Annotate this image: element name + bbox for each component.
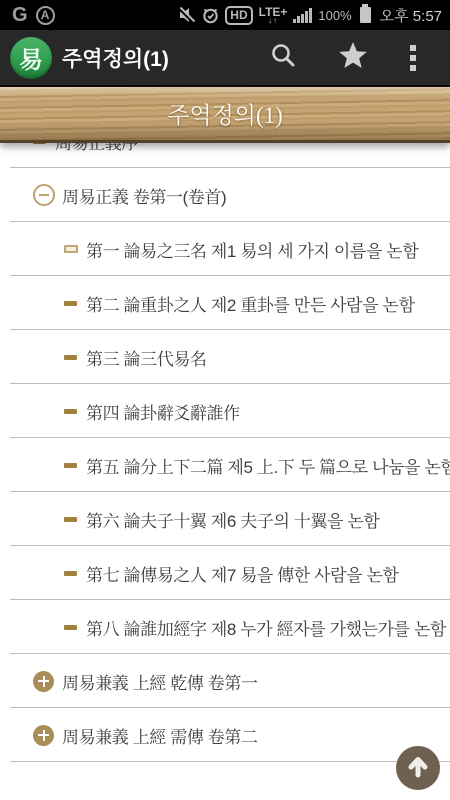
scroll-top-button[interactable] (396, 746, 440, 790)
toc-item-label: 周易兼義 上經 乾傳 卷第一 (62, 669, 258, 694)
lte-plus-icon: LTE+ ↓↑ (259, 6, 288, 25)
toc-item[interactable]: 第一 論易之三名 제1 易의 세 가지 이름을 논함 (0, 222, 450, 276)
favorite-star-icon[interactable] (338, 41, 368, 74)
collapse-minus-icon[interactable] (33, 184, 55, 206)
toc-item[interactable]: 第二 論重卦之人 제2 重卦를 만든 사람을 논함 (0, 276, 450, 330)
toc-item[interactable]: 第三 論三代易名 (0, 330, 450, 384)
a-circle-app-icon: A (36, 6, 55, 25)
bullet-dash-icon (64, 301, 77, 306)
toc-item-label: 第四 論卦辭爻辭誰作 (86, 399, 240, 424)
app-title: 주역정의(1) (62, 43, 169, 73)
book-title-banner: 주역정의(1) (0, 87, 450, 143)
expand-plus-icon[interactable] (33, 725, 54, 746)
clock-time: 오후 5:57 (380, 5, 442, 26)
bullet-dash-open-icon (64, 245, 78, 253)
bullet-dash-icon (64, 517, 77, 522)
bullet-dash-icon (64, 463, 77, 468)
status-indicators: HD LTE+ ↓↑ 100% 오후 5:57 (178, 5, 442, 26)
expand-plus-icon[interactable] (33, 671, 54, 692)
toc-item[interactable]: 第八 論誰加經字 제8 누가 經자를 가했는가를 논함 (0, 600, 450, 654)
toc-item-label: 周易正義序 (55, 143, 138, 154)
toc-item-label: 第三 論三代易名 (86, 345, 207, 370)
up-arrow-icon (406, 755, 430, 782)
phone-screen: G A HD LTE+ ↓↑ 100% 오후 5:57 易 주역정의(1) (0, 0, 450, 800)
toc-item[interactable]: 周易正義序 (0, 143, 450, 168)
signal-strength-icon (293, 8, 312, 23)
book-title: 주역정의(1) (167, 97, 283, 130)
toc-list: 周易正義序周易正義 卷第一(卷首)第一 論易之三名 제1 易의 세 가지 이름을… (0, 143, 450, 762)
toc-item-label: 第七 論傳易之人 제7 易을 傳한 사람을 논함 (86, 561, 399, 586)
status-bar: G A HD LTE+ ↓↑ 100% 오후 5:57 (0, 0, 450, 30)
toc-scroll-area[interactable]: 周易正義序周易正義 卷第一(卷首)第一 論易之三名 제1 易의 세 가지 이름을… (0, 143, 450, 800)
bullet-dash-icon (64, 571, 77, 576)
alarm-icon (202, 7, 219, 24)
toc-item[interactable]: 周易兼義 上經 乾傳 卷第一 (0, 654, 450, 708)
hd-voice-icon: HD (225, 6, 252, 25)
battery-icon (360, 7, 371, 23)
g-app-icon: G (12, 4, 27, 27)
bullet-dash-icon (64, 625, 77, 630)
toc-item-label: 周易兼義 上經 需傳 卷第二 (62, 723, 258, 748)
toc-item[interactable]: 周易兼義 上經 需傳 卷第二 (0, 708, 450, 762)
toc-item[interactable]: 第四 論卦辭爻辭誰作 (0, 384, 450, 438)
app-logo-icon[interactable]: 易 (10, 37, 52, 79)
search-icon[interactable] (270, 42, 296, 73)
battery-percent: 100% (318, 8, 351, 23)
app-bar: 易 주역정의(1) (0, 30, 450, 87)
bullet-dash-icon (64, 355, 77, 360)
toc-item-label: 第一 論易之三名 제1 易의 세 가지 이름을 논함 (86, 237, 418, 262)
app-logo-glyph: 易 (19, 40, 43, 75)
toc-item[interactable]: 第六 論夫子十翼 제6 夫子의 十翼을 논함 (0, 492, 450, 546)
bullet-dash-icon (64, 409, 77, 414)
toc-item-label: 周易正義 卷第一(卷首) (62, 183, 226, 208)
toc-item[interactable]: 第七 論傳易之人 제7 易을 傳한 사람을 논함 (0, 546, 450, 600)
overflow-menu-icon[interactable] (410, 45, 416, 71)
toc-item[interactable]: 第五 論分上下二篇 제5 上.下 두 篇으로 나눔을 논함 (0, 438, 450, 492)
toc-item-label: 第六 論夫子十翼 제6 夫子의 十翼을 논함 (86, 507, 379, 532)
toc-item-label: 第二 論重卦之人 제2 重卦를 만든 사람을 논함 (86, 291, 415, 316)
toc-item-label: 第八 論誰加經字 제8 누가 經자를 가했는가를 논함 (86, 615, 446, 640)
bullet-dash-icon (33, 143, 46, 144)
mute-icon (178, 7, 196, 23)
appbar-actions (270, 41, 440, 74)
toc-item-label: 第五 論分上下二篇 제5 上.下 두 篇으로 나눔을 논함 (86, 453, 450, 478)
toc-item[interactable]: 周易正義 卷第一(卷首) (0, 168, 450, 222)
